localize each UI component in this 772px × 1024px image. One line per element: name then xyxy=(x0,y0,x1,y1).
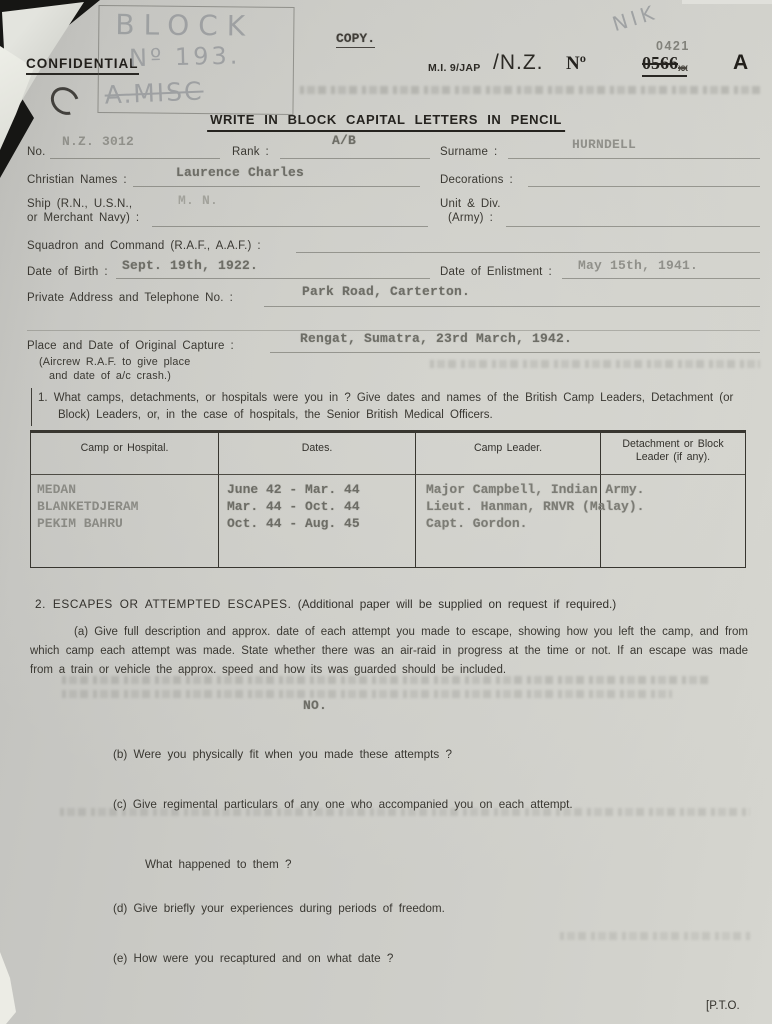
table-cell-leader: Capt. Gordon. xyxy=(416,515,600,532)
bleed-through-text xyxy=(560,932,750,940)
value-christian-names: Laurence Charles xyxy=(176,165,304,180)
label-capture: Place and Date of Original Capture : xyxy=(27,340,234,352)
field-line-no xyxy=(50,158,220,159)
label-christian-names: Christian Names : xyxy=(27,174,127,186)
section2-heading-note: (Additional paper will be supplied on re… xyxy=(298,597,616,611)
camps-table: Camp or Hospital. Dates. Camp Leader. De… xyxy=(30,430,746,568)
table-column-leader: Major Campbell, Indian Army. Lieut. Hanm… xyxy=(416,475,601,567)
question2d-text: (d) Give briefly your experiences during… xyxy=(113,902,445,915)
value-surname: HURNDELL xyxy=(572,137,636,152)
field-line-unit xyxy=(506,226,760,227)
field-line-date-of-enlistment xyxy=(562,278,760,279)
question1-margin-rule xyxy=(31,388,32,426)
form-title: WRITE IN BLOCK CAPITAL LETTERS IN PENCIL xyxy=(207,112,565,132)
question2e-text: (e) How were you recaptured and on what … xyxy=(113,952,393,965)
label-decorations: Decorations : xyxy=(440,174,513,186)
page-turn-over-note: [P.T.O. xyxy=(706,1000,740,1012)
file-reference-prefix: M.I. 9/JAP xyxy=(428,62,481,74)
table-cell-camp: BLANKETDJERAM xyxy=(31,498,218,515)
field-line-surname xyxy=(508,158,760,159)
section2-heading: 2. ESCAPES OR ATTEMPTED ESCAPES. (Additi… xyxy=(35,597,616,611)
label-unit-line2: (Army) : xyxy=(448,212,493,224)
bleed-through-text xyxy=(62,676,712,684)
table-header-detachment: Detachment or Block Leader (if any). xyxy=(601,433,745,475)
table-header-dates: Dates. xyxy=(219,433,416,475)
table-cell-dates: June 42 - Mar. 44 xyxy=(219,481,415,498)
struck-file-number-wrap: 0566xx xyxy=(642,53,687,77)
corrected-file-number: 0421 xyxy=(656,39,690,53)
field-line-christian-names xyxy=(133,186,420,187)
scanned-pow-questionnaire-page: CONFIDENTIAL BLOCK Nº 193. A.MISC COPY. … xyxy=(0,0,772,1024)
block-stamp-box: BLOCK Nº 193. A.MISC xyxy=(97,5,294,115)
field-line-decorations xyxy=(528,186,760,187)
table-column-dates: June 42 - Mar. 44 Mar. 44 - Oct. 44 Oct.… xyxy=(219,475,416,567)
field-line-capture xyxy=(270,352,760,353)
question1-text: 1. What camps, detachments, or hospitals… xyxy=(38,390,770,423)
paper-edge-nick xyxy=(0,952,16,1024)
file-reference-org: /N.Z. xyxy=(493,51,544,75)
value-no: N.Z. 3012 xyxy=(62,134,134,149)
series-letter: A xyxy=(733,51,748,75)
stamp-text-block: BLOCK xyxy=(115,8,254,42)
stamp-text-number: Nº 193. xyxy=(129,42,241,73)
table-column-camp: MEDAN BLANKETDJERAM PEKIM BAHRU xyxy=(31,475,219,567)
label-squadron: Squadron and Command (R.A.F., A.A.F.) : xyxy=(27,240,261,252)
label-date-of-enlistment: Date of Enlistment : xyxy=(440,266,552,278)
question2b-text: (b) Were you physically fit when you mad… xyxy=(113,748,452,761)
value-rank: A/B xyxy=(332,133,356,148)
bleed-through-text xyxy=(62,690,672,698)
label-rank: Rank : xyxy=(232,146,269,158)
label-date-of-birth: Date of Birth : xyxy=(27,266,108,278)
question2a-text: (a) Give full description and approx. da… xyxy=(30,623,748,680)
pencil-annotation: NIK xyxy=(609,0,660,36)
struck-file-number-suffix: xx xyxy=(678,63,687,74)
copy-label: COPY. xyxy=(336,31,375,48)
field-line-address xyxy=(264,306,760,307)
stamp-text-misc: A.MISC xyxy=(104,77,204,110)
table-header-camp: Camp or Hospital. xyxy=(31,433,219,475)
field-line-date-of-birth xyxy=(116,278,430,279)
bleed-through-text xyxy=(430,360,760,368)
section2-heading-title: 2. ESCAPES OR ATTEMPTED ESCAPES. xyxy=(35,597,292,611)
answer-2a: NO. xyxy=(303,698,327,713)
value-address: Park Road, Carterton. xyxy=(302,284,470,299)
number-sign: Nº xyxy=(566,53,586,75)
field-line-squadron xyxy=(296,252,760,253)
paper-tear-curl xyxy=(46,82,85,119)
label-capture-note1: (Aircrew R.A.F. to give place xyxy=(39,356,190,368)
table-cell-leader: Lieut. Hanman, RNVR (Malay). xyxy=(416,498,600,515)
bleed-through-text xyxy=(60,808,750,816)
label-no: No. xyxy=(27,146,46,158)
table-cell-camp: MEDAN xyxy=(31,481,218,498)
label-unit-line1: Unit & Div. xyxy=(440,198,501,210)
table-column-detachment xyxy=(601,475,745,567)
table-cell-dates: Mar. 44 - Oct. 44 xyxy=(219,498,415,515)
paper-edge-sliver xyxy=(682,0,772,4)
value-ship: M. N. xyxy=(178,193,218,208)
question2c2-text: What happened to them ? xyxy=(145,858,292,871)
label-capture-note2: and date of a/c crash.) xyxy=(49,370,171,382)
struck-file-number: 0566 xyxy=(642,53,678,73)
field-line-ship xyxy=(152,226,428,227)
field-line-rank xyxy=(280,158,430,159)
label-ship-line2: or Merchant Navy) : xyxy=(27,212,139,224)
value-capture: Rengat, Sumatra, 23rd March, 1942. xyxy=(300,331,572,346)
value-date-of-enlistment: May 15th, 1941. xyxy=(578,258,698,273)
table-cell-leader: Major Campbell, Indian Army. xyxy=(416,481,600,498)
table-cell-camp: PEKIM BAHRU xyxy=(31,515,218,532)
label-surname: Surname : xyxy=(440,146,497,158)
label-ship-line1: Ship (R.N., U.S.N., xyxy=(27,198,132,210)
table-cell-dates: Oct. 44 - Aug. 45 xyxy=(219,515,415,532)
table-header-leader: Camp Leader. xyxy=(416,433,601,475)
value-date-of-birth: Sept. 19th, 1922. xyxy=(122,258,258,273)
bleed-through-text xyxy=(300,86,760,94)
label-address: Private Address and Telephone No. : xyxy=(27,292,233,304)
